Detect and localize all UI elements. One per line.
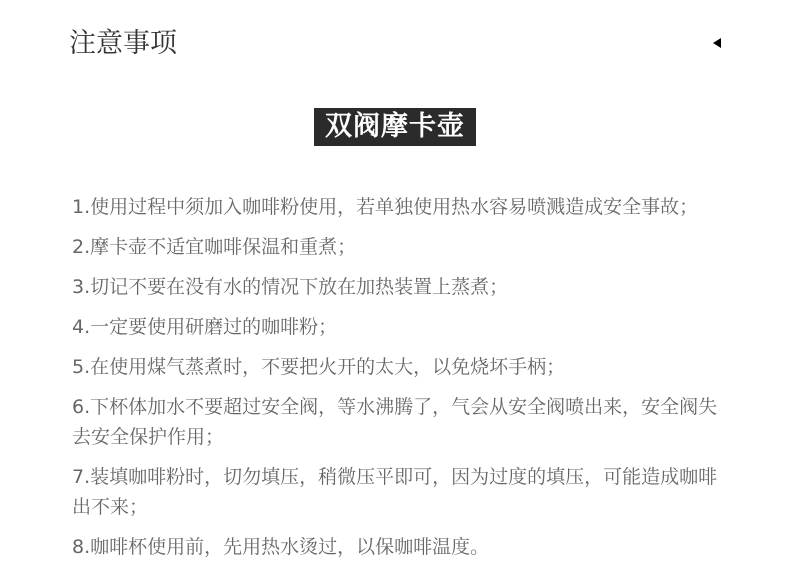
product-name-badge: 双阀摩卡壶 bbox=[314, 108, 476, 146]
precaution-item: 5.在使用煤气蒸煮时，不要把火开的太大，以免烧坏手柄； bbox=[72, 352, 724, 382]
precaution-item: 3.切记不要在没有水的情况下放在加热装置上蒸煮； bbox=[72, 272, 724, 302]
precaution-item: 7.装填咖啡粉时，切勿填压，稍微压平即可，因为过度的填压，可能造成咖啡出不来； bbox=[72, 462, 724, 522]
section-title: 注意事项 bbox=[69, 26, 177, 62]
precaution-item: 2.摩卡壶不适宜咖啡保温和重煮； bbox=[72, 232, 724, 262]
product-badge-container: 双阀摩卡壶 bbox=[0, 108, 790, 146]
collapse-toggle-button[interactable] bbox=[710, 36, 724, 50]
precautions-list: 1.使用过程中须加入咖啡粉使用，若单独使用热水容易喷溅造成安全事故； 2.摩卡壶… bbox=[72, 192, 724, 572]
precaution-item: 4.一定要使用研磨过的咖啡粉； bbox=[72, 312, 724, 342]
triangle-left-icon bbox=[710, 36, 724, 50]
section-header: 注意事项 bbox=[0, 0, 790, 80]
precaution-item: 1.使用过程中须加入咖啡粉使用，若单独使用热水容易喷溅造成安全事故； bbox=[72, 192, 724, 222]
precaution-item: 6.下杯体加水不要超过安全阀，等水沸腾了，气会从安全阀喷出来，安全阀失去安全保护… bbox=[72, 392, 724, 452]
precaution-item: 8.咖啡杯使用前，先用热水烫过，以保咖啡温度。 bbox=[72, 532, 724, 562]
